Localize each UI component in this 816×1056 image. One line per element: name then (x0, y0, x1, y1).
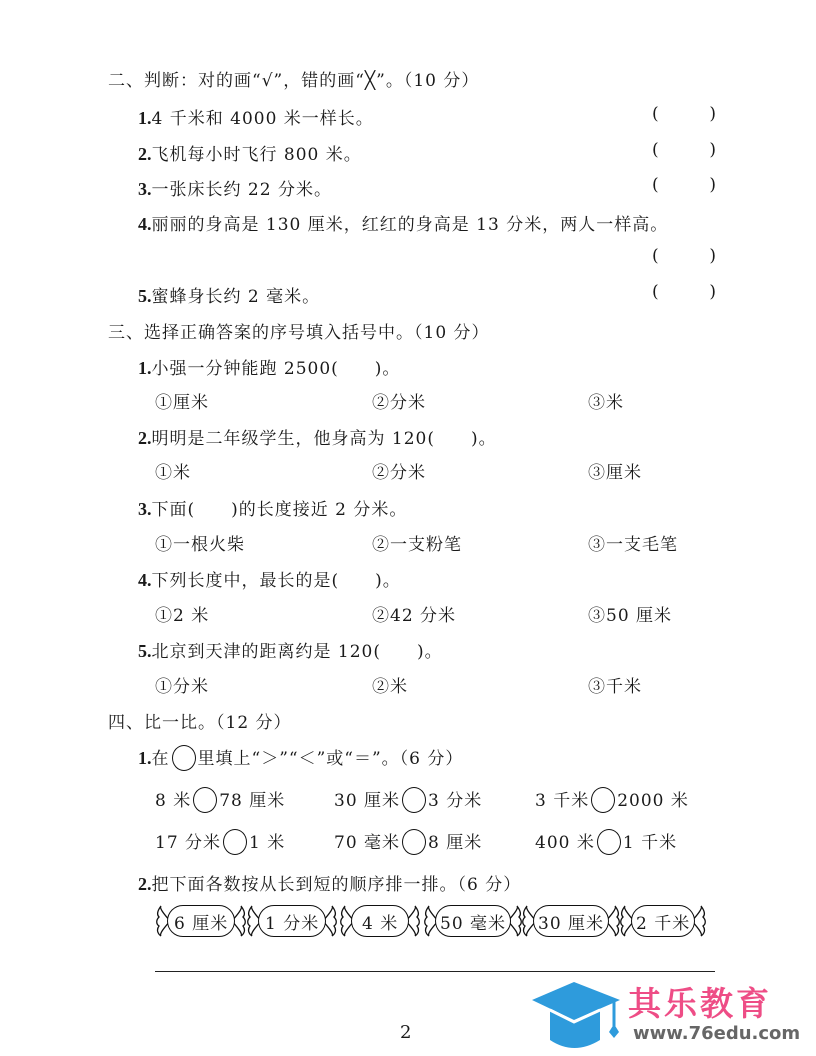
item-text: 下面( )的长度接近 2 分米。 (152, 500, 408, 520)
candy-card-3[interactable]: 4 米 (340, 902, 420, 940)
option-5-2[interactable]: ②米 (372, 672, 408, 697)
item-number: 5. (138, 641, 152, 661)
item-text: 小强一分钟能跑 2500( )。 (152, 359, 401, 379)
candy-card-4[interactable]: 50 毫米 (424, 902, 522, 940)
paren-open: ( (652, 140, 659, 160)
item-text: 4 千米和 4000 米一样长。 (152, 109, 374, 129)
item-number: 2. (138, 144, 152, 164)
answer-blank-5[interactable]: () (652, 282, 716, 302)
judge-item-1: 1.4 千米和 4000 米一样长。 (138, 104, 374, 129)
item-text: 明明是二年级学生，他身高为 120( )。 (152, 429, 497, 449)
candy-card-1[interactable]: 6 厘米 (156, 902, 246, 940)
option-2-3[interactable]: ③厘米 (588, 458, 642, 483)
compare-right: 78 厘米 (219, 791, 285, 811)
candy-label: 50 毫米 (435, 905, 511, 937)
option-1-1[interactable]: ①厘米 (155, 388, 209, 413)
compare-row-2-item-3: 400 米1 千米 (535, 828, 677, 857)
paren-close: ) (709, 140, 716, 160)
candy-card-6[interactable]: 2 千米 (620, 902, 706, 940)
page-number: 2 (400, 1022, 411, 1043)
compare-answer-circle[interactable] (402, 829, 426, 855)
item-text: 北京到天津的距离约是 120( )。 (152, 642, 443, 662)
item-number: 1. (138, 358, 152, 378)
section-4-heading: 四、比一比。（12 分） (108, 708, 292, 733)
candy-card-5[interactable]: 30 厘米 (522, 902, 620, 940)
brand-logo[interactable]: 其乐教育 www.76edu.com (528, 978, 816, 1048)
answer-blank-4[interactable]: () (652, 246, 716, 266)
answer-blank-2[interactable]: () (652, 140, 716, 160)
item-text: 飞机每小时飞行 800 米。 (152, 145, 362, 165)
compare-right: 2000 米 (617, 791, 689, 811)
item-text: 丽丽的身高是 130 厘米，红红的身高是 13 分米，两人一样高。 (152, 215, 669, 235)
option-3-2[interactable]: ②一支粉笔 (372, 530, 462, 555)
item-text: 下列长度中，最长的是( )。 (152, 571, 401, 591)
option-3-3[interactable]: ③一支毛笔 (588, 530, 678, 555)
compare-right: 1 米 (249, 833, 285, 853)
item-number: 3. (138, 179, 152, 199)
judge-item-3: 3.一张床长约 22 分米。 (138, 175, 332, 200)
compare-left: 8 米 (155, 791, 191, 811)
paren-open: ( (652, 175, 659, 195)
candy-label: 1 分米 (258, 905, 326, 937)
compare-left: 70 毫米 (334, 833, 400, 853)
compare-row-2-item-1: 17 分米1 米 (155, 828, 285, 857)
compare-left: 400 米 (535, 833, 595, 853)
choice-question-5: 5.北京到天津的距离约是 120( )。 (138, 637, 443, 662)
choice-question-4: 4.下列长度中，最长的是( )。 (138, 566, 401, 591)
option-1-3[interactable]: ③米 (588, 388, 624, 413)
compare-left: 3 千米 (535, 791, 589, 811)
candy-label: 4 米 (351, 905, 409, 937)
option-3-1[interactable]: ①一根火柴 (155, 530, 245, 555)
option-2-2[interactable]: ②分米 (372, 458, 426, 483)
compare-left: 17 分米 (155, 833, 221, 853)
judge-item-2: 2.飞机每小时飞行 800 米。 (138, 140, 362, 165)
compare-left: 30 厘米 (334, 791, 400, 811)
compare-row-1-item-3: 3 千米2000 米 (535, 786, 689, 815)
candy-label: 2 千米 (631, 905, 695, 937)
item-text: 把下面各数按从长到短的顺序排一排。（6 分） (152, 875, 522, 895)
paren-close: ) (709, 246, 716, 266)
option-4-2[interactable]: ②42 分米 (372, 601, 456, 626)
paren-open: ( (652, 246, 659, 266)
compare-right: 3 分米 (428, 791, 482, 811)
compare-row-1-item-1: 8 米78 厘米 (155, 786, 285, 815)
option-2-1[interactable]: ①米 (155, 458, 191, 483)
option-4-1[interactable]: ①2 米 (155, 601, 209, 626)
item-text: 里填上“＞”“＜”或“＝”。（6 分） (198, 749, 464, 769)
compare-answer-circle[interactable] (597, 829, 621, 855)
option-4-3[interactable]: ③50 厘米 (588, 601, 672, 626)
item-number: 1. (138, 748, 152, 768)
item-text: 蜜蜂身长约 2 毫米。 (152, 287, 321, 307)
option-5-3[interactable]: ③千米 (588, 672, 642, 697)
paren-close: ) (709, 282, 716, 302)
choice-question-2: 2.明明是二年级学生，他身高为 120( )。 (138, 424, 497, 449)
compare-answer-circle[interactable] (402, 787, 426, 813)
logo-url: www.76edu.com (633, 1023, 800, 1044)
choice-question-3: 3.下面( )的长度接近 2 分米。 (138, 495, 407, 520)
compare-right: 8 厘米 (428, 833, 482, 853)
compare-answer-circle[interactable] (223, 829, 247, 855)
compare-row-2-item-2: 70 毫米8 厘米 (334, 828, 482, 857)
graduation-cap-icon (528, 978, 628, 1054)
section-3-heading: 三、选择正确答案的序号填入括号中。（10 分） (108, 318, 490, 343)
paren-close: ) (709, 104, 716, 124)
judge-item-4: 4.丽丽的身高是 130 厘米，红红的身高是 13 分米，两人一样高。 (138, 210, 668, 235)
answer-blank-3[interactable]: () (652, 175, 716, 195)
circle-icon (172, 745, 196, 771)
candy-label: 30 厘米 (533, 905, 609, 937)
option-5-1[interactable]: ①分米 (155, 672, 209, 697)
candy-label: 6 厘米 (167, 905, 235, 937)
item-number: 4. (138, 214, 152, 234)
compare-instruction: 1.在里填上“＞”“＜”或“＝”。（6 分） (138, 744, 463, 773)
item-number: 5. (138, 286, 152, 306)
paren-open: ( (652, 104, 659, 124)
item-number: 2. (138, 874, 152, 894)
compare-right: 1 千米 (623, 833, 677, 853)
footer-divider (155, 971, 715, 972)
compare-answer-circle[interactable] (193, 787, 217, 813)
answer-blank-1[interactable]: () (652, 104, 716, 124)
choice-question-1: 1.小强一分钟能跑 2500( )。 (138, 354, 400, 379)
candy-card-2[interactable]: 1 分米 (247, 902, 337, 940)
item-text: 在 (152, 749, 170, 769)
item-text: 一张床长约 22 分米。 (152, 180, 332, 200)
order-instruction: 2.把下面各数按从长到短的顺序排一排。（6 分） (138, 870, 521, 895)
option-1-2[interactable]: ②分米 (372, 388, 426, 413)
item-number: 4. (138, 570, 152, 590)
paren-close: ) (709, 175, 716, 195)
paren-open: ( (652, 282, 659, 302)
section-2-heading: 二、判断：对的画“√”，错的画“╳”。（10 分） (108, 66, 479, 91)
judge-item-5: 5.蜜蜂身长约 2 毫米。 (138, 282, 320, 307)
compare-answer-circle[interactable] (591, 787, 615, 813)
item-number: 3. (138, 499, 152, 519)
logo-title: 其乐教育 (628, 978, 772, 1025)
compare-row-1-item-2: 30 厘米3 分米 (334, 786, 482, 815)
item-number: 2. (138, 428, 152, 448)
item-number: 1. (138, 108, 152, 128)
